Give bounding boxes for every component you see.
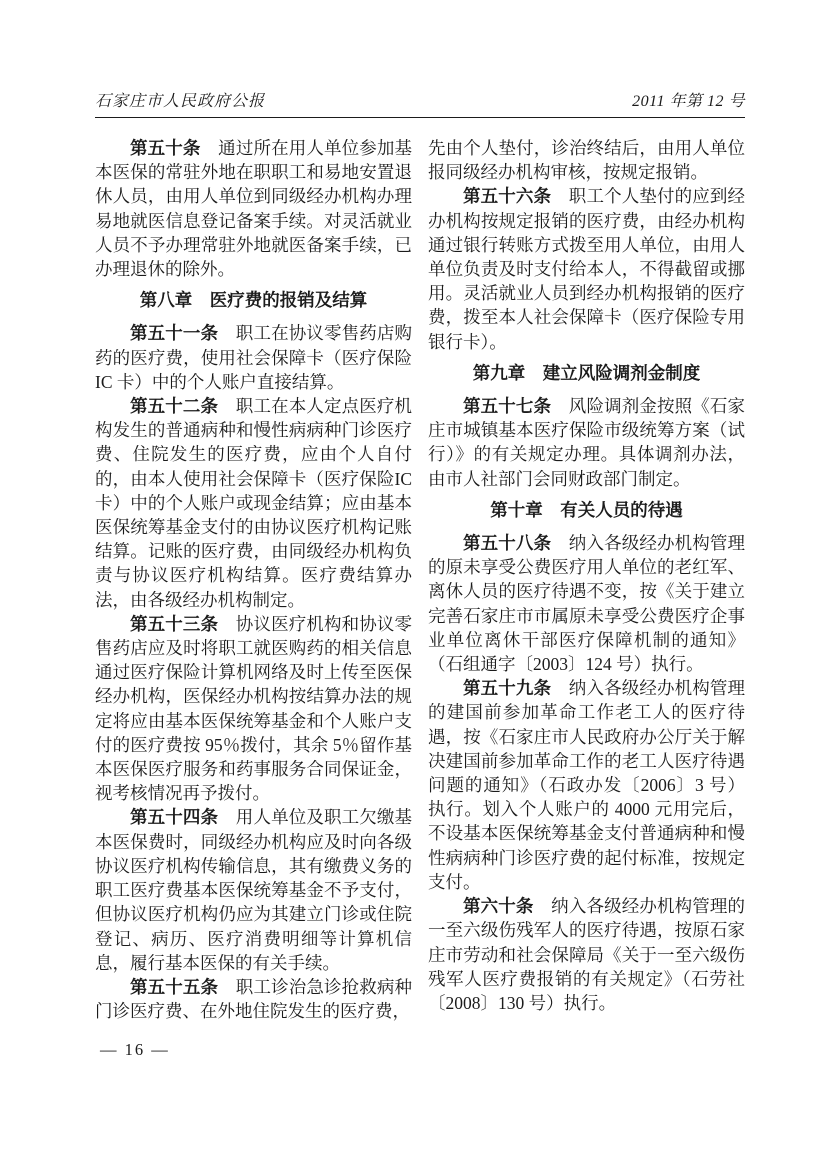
article-paragraph: 第五十五条 职工诊治急诊抢救病种门诊医疗费、在外地住院发生的医疗费， <box>95 975 412 1023</box>
publication-title: 石家庄市人民政府公报 <box>95 88 265 111</box>
chapter-heading: 第九章 建立风险调剂金制度 <box>428 361 745 385</box>
left-column: 第五十条 通过所在用人单位参加基本医保的常驻外地在职职工和易地安置退休人员，由用… <box>95 136 412 1023</box>
article-number: 第五十九条 <box>463 678 551 698</box>
article-number: 第五十四条 <box>130 807 218 827</box>
article-number: 第五十条 <box>130 138 201 158</box>
article-paragraph: 第五十条 通过所在用人单位参加基本医保的常驻外地在职职工和易地安置退休人员，由用… <box>95 136 412 281</box>
article-number: 第五十七条 <box>463 396 551 416</box>
article-number: 第六十条 <box>463 896 534 916</box>
article-paragraph: 第五十一条 职工在协议零售药店购药的医疗费，使用社会保障卡（医疗保险IC 卡）中… <box>95 321 412 394</box>
article-number: 第五十五条 <box>130 977 218 997</box>
page-footer: — 16 — <box>100 1040 170 1060</box>
article-paragraph: 第五十四条 用人单位及职工欠缴基本医保费时，同级经办机构应及时向各级协议医疗机构… <box>95 805 412 974</box>
article-number: 第五十八条 <box>463 533 551 553</box>
right-column: 先由个人垫付，诊治终结后，由用人单位报同级经办机构审核，按规定报销。第五十六条 … <box>428 136 745 1023</box>
page-number: — 16 — <box>100 1040 170 1059</box>
article-paragraph: 第五十九条 纳入各级经办机构管理的建国前参加革命工作老工人的医疗待遇，按《石家庄… <box>428 676 745 894</box>
article-paragraph: 第五十三条 协议医疗机构和协议零售药店应及时将职工就医购药的相关信息通过医疗保险… <box>95 612 412 806</box>
article-paragraph: 第五十二条 职工在本人定点医疗机构发生的普通病种和慢性病病种门诊医疗费、住院发生… <box>95 394 412 612</box>
article-body: 第五十条 通过所在用人单位参加基本医保的常驻外地在职职工和易地安置退休人员，由用… <box>95 136 745 1023</box>
page-header: 石家庄市人民政府公报 2011 年第 12 号 <box>95 88 745 118</box>
chapter-heading: 第十章 有关人员的待遇 <box>428 498 745 522</box>
article-number: 第五十三条 <box>130 614 218 634</box>
issue-number: 2011 年第 12 号 <box>632 88 745 111</box>
gazette-page: 石家庄市人民政府公报 2011 年第 12 号 第五十条 通过所在用人单位参加基… <box>0 0 826 1169</box>
paragraph-continuation: 先由个人垫付，诊治终结后，由用人单位报同级经办机构审核，按规定报销。 <box>428 136 745 184</box>
article-paragraph: 第五十七条 风险调剂金按照《石家庄市城镇基本医疗保险市级统筹方案（试行）》的有关… <box>428 394 745 491</box>
chapter-heading: 第八章 医疗费的报销及结算 <box>95 288 412 312</box>
article-paragraph: 第五十六条 职工个人垫付的应到经办机构按规定报销的医疗费，由经办机构通过银行转账… <box>428 184 745 353</box>
article-number: 第五十二条 <box>130 396 218 416</box>
article-paragraph: 第五十八条 纳入各级经办机构管理的原未享受公费医疗用人单位的老红军、离休人员的医… <box>428 531 745 676</box>
article-number: 第五十一条 <box>130 323 218 343</box>
article-number: 第五十六条 <box>463 186 551 206</box>
article-paragraph: 第六十条 纳入各级经办机构管理的一至六级伤残军人的医疗待遇，按原石家庄市劳动和社… <box>428 894 745 1015</box>
